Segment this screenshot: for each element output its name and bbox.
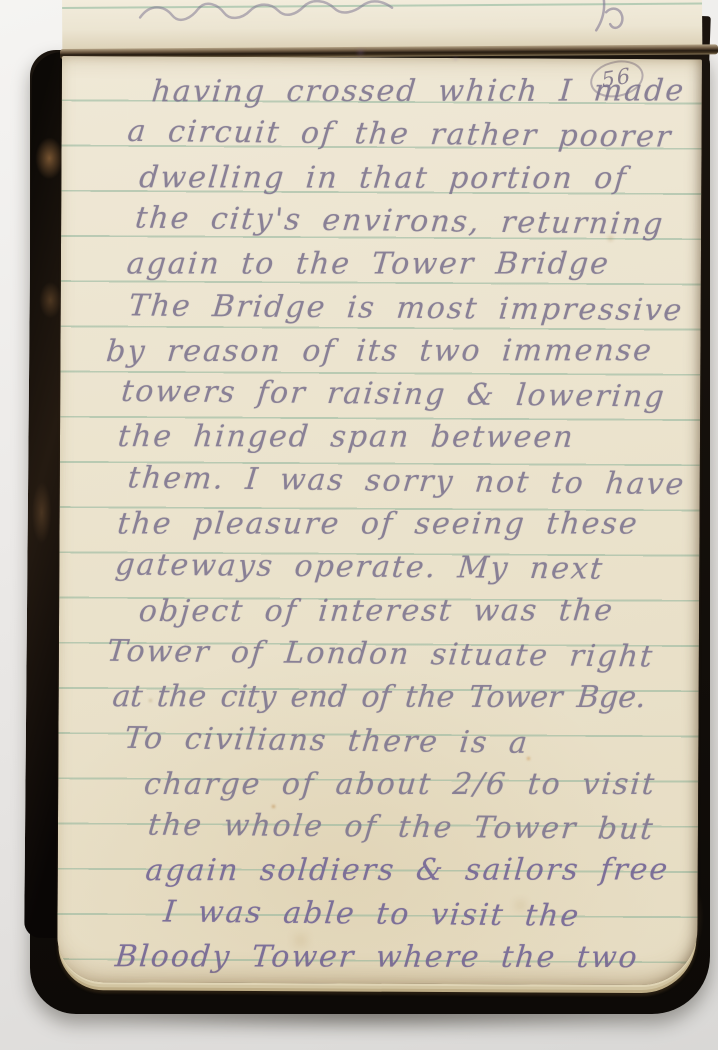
- handwritten-line: charge of about 2/6 to visit: [142, 763, 658, 806]
- handwritten-line: again to the Tower Bridge: [125, 243, 612, 286]
- handwritten-text: having crossed which I madea circuit of …: [57, 68, 702, 971]
- handwritten-line: them. I was sorry not to have: [126, 456, 688, 506]
- handwritten-line: by reason of its two immense: [104, 329, 654, 373]
- handwritten-line: towers for raising & lowering: [119, 370, 667, 419]
- handwritten-line: the whole of the Tower but: [146, 804, 657, 851]
- notebook-photo: 56 having crossed which I madea circuit …: [0, 0, 718, 1050]
- notebook-page: 56 having crossed which I madea circuit …: [57, 56, 702, 985]
- handwritten-line: the pleasure of seeing these: [116, 503, 641, 546]
- handwritten-line: To civilians there is a: [122, 716, 531, 764]
- handwritten-line: the city's environs, returning: [133, 196, 666, 245]
- handwritten-line: Tower of London situate right: [105, 630, 656, 679]
- illegible-writing-fragment: [132, 0, 692, 44]
- paper-stains: [0, 0, 1, 1]
- handwritten-line: again soldiers & sailors free: [144, 849, 671, 893]
- handwritten-line: the hinged span between: [116, 415, 576, 459]
- handwritten-line: at the city end of the Tower Bge.: [111, 675, 648, 719]
- handwritten-line: The Bridge is most impressive: [127, 284, 686, 332]
- handwritten-line: having crossed which I made: [150, 69, 687, 113]
- handwritten-line: gateways operate. My next: [113, 544, 606, 591]
- handwritten-line: object of interest was the: [137, 589, 616, 633]
- handwritten-line: a circuit of the rather poorer: [126, 110, 675, 159]
- handwritten-line: Bloody Tower where the two: [113, 935, 640, 979]
- handwritten-line: dwelling in that portion of: [137, 156, 629, 200]
- handwritten-line: I was able to visit the: [162, 890, 583, 937]
